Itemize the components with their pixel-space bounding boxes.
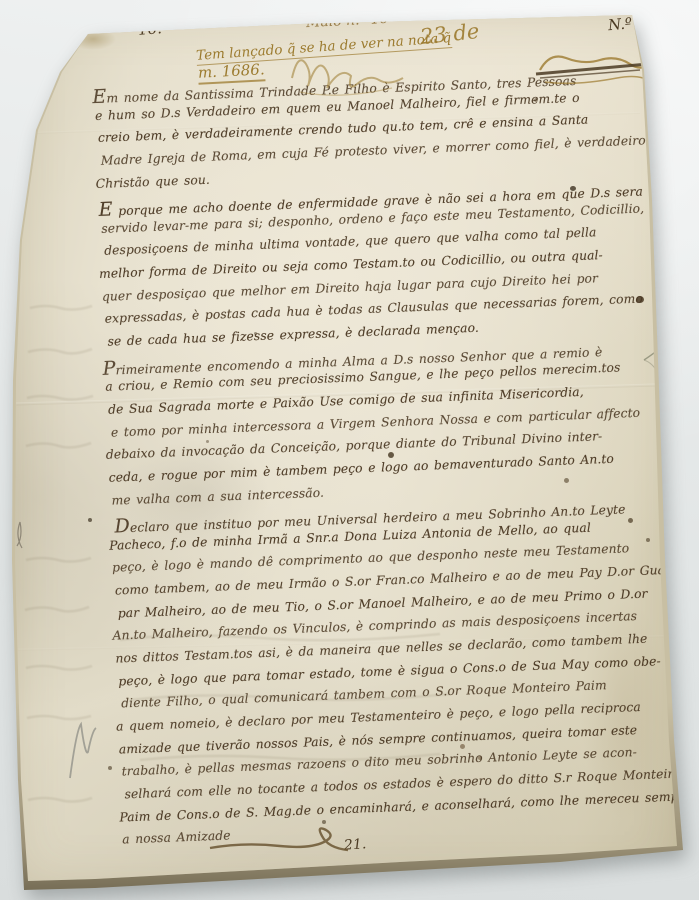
ink-blot: [108, 766, 112, 770]
document-number: N.º 15.: [607, 12, 661, 35]
manuscript-photo: 16. Maio n.º 16 23 de Tem lançado q̃ se …: [0, 0, 699, 900]
registry-annotation: Tem lançado q̃ se ha de ver na nota q̃: [196, 30, 452, 66]
ink-blot: [88, 518, 92, 522]
pencil-margin-mark: [70, 724, 96, 778]
month-annotation: Maio n.º 16: [306, 11, 389, 31]
manuscript-lines: Em nome da Santissima Trindade P.e Filho…: [94, 65, 678, 855]
manuscript-page: 16. Maio n.º 16 23 de Tem lançado q̃ se …: [0, 0, 699, 900]
page-number: 21.: [343, 836, 366, 854]
paper-fiber: [17, 522, 22, 548]
corner-stain: [70, 28, 116, 50]
corner-number: 16.: [137, 19, 162, 39]
